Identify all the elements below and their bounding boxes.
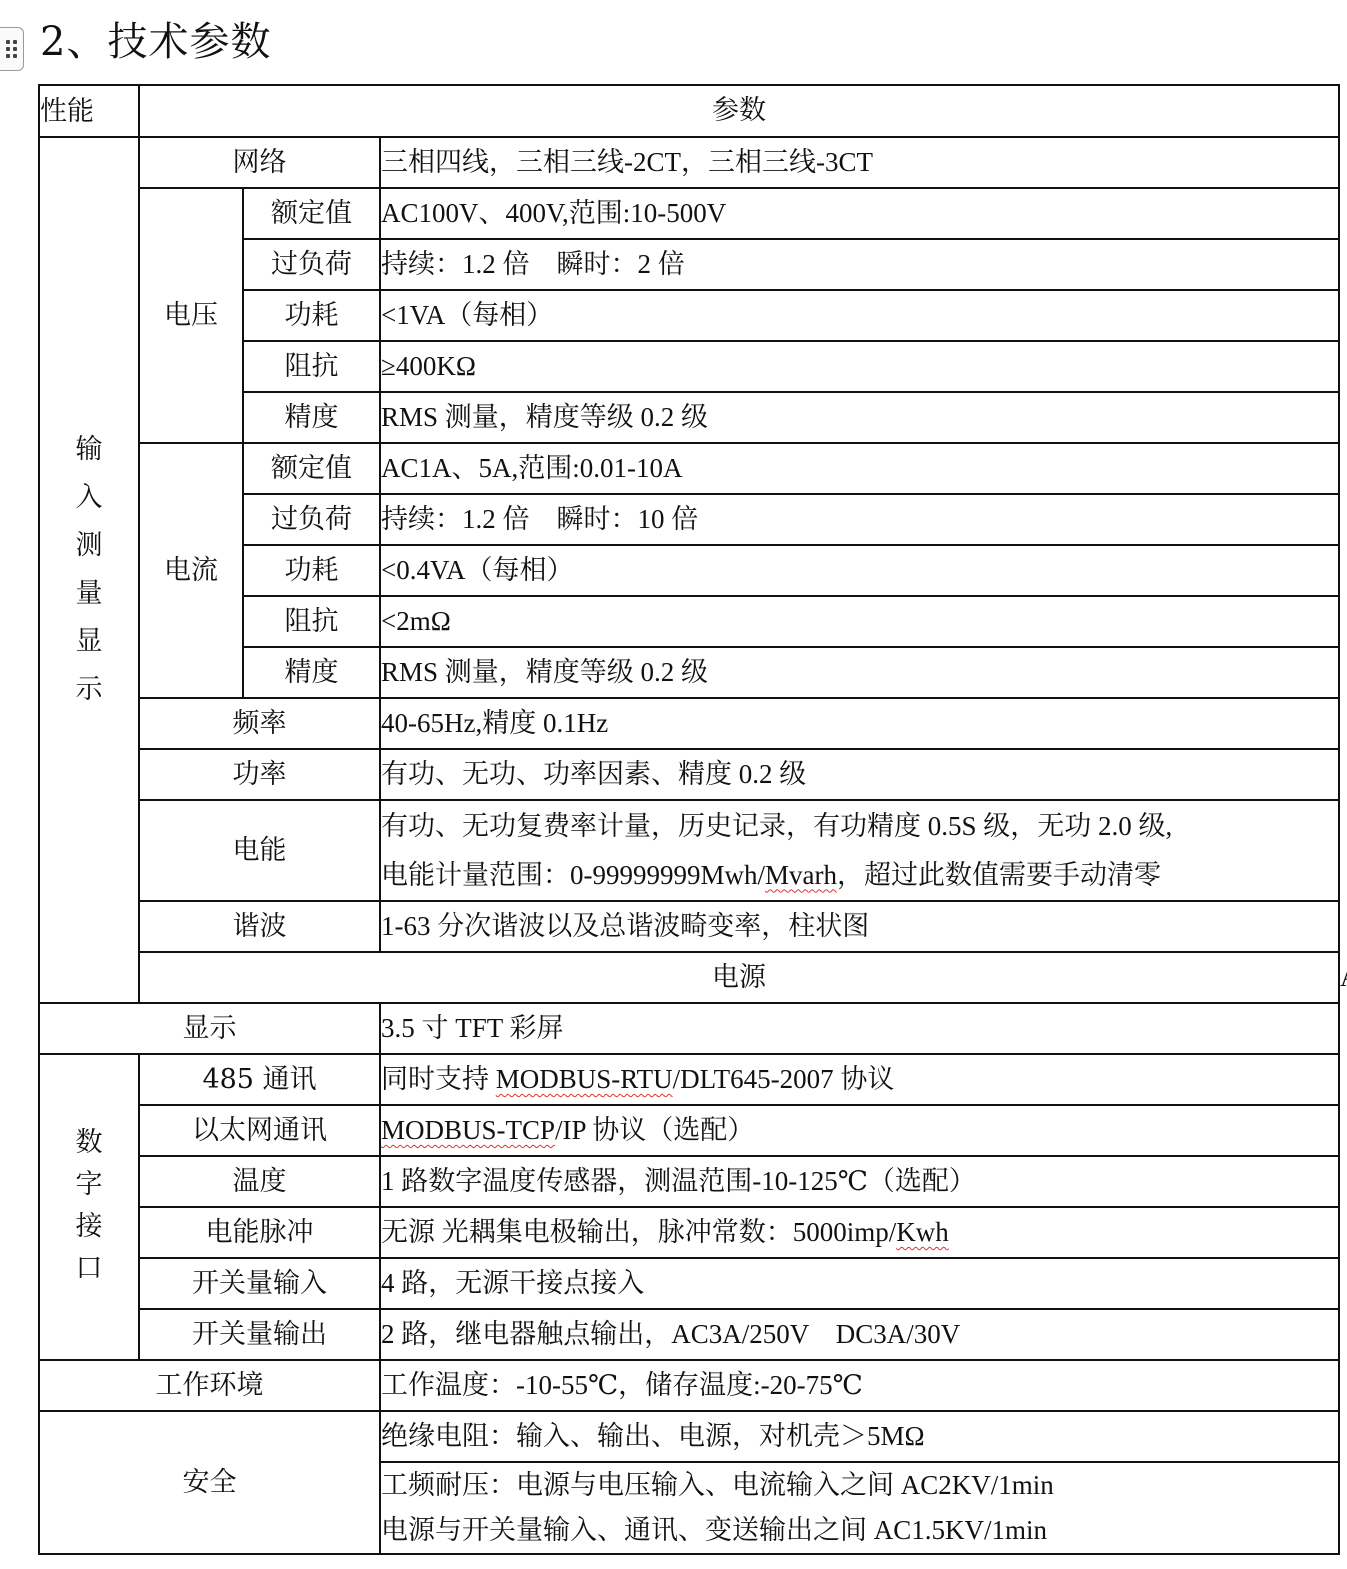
value-temperature: 1 路数字温度传感器，测温范围-10-125℃（选配） [380,1156,1339,1207]
group-input-measurement: 输入测量显示 [39,137,139,1003]
table-row: 电能脉冲 无源 光耦集电极输出，脉冲常数：5000imp/Kwh [39,1207,1339,1258]
value-display: 3.5 寸 TFT 彩屏 [380,1003,1339,1054]
table-row: 数字接口 485 通讯 同时支持 MODBUS-RTU/DLT645-2007 … [39,1054,1339,1105]
value-power: 有功、无功、功率因素、精度 0.2 级 [380,749,1339,800]
label-supply: 电源 [139,952,1339,1003]
value-current-rated: AC1A、5A,范围:0.01-10A [380,443,1339,494]
table-row: 电源 AC/DC 85-265V，功耗≤5VA [39,952,1339,1003]
value-ethernet: MODBUS-TCP/IP 协议（选配） [380,1105,1339,1156]
group-voltage: 电压 [139,188,243,443]
value-voltage-overload: 持续：1.2 倍 瞬时：2 倍 [380,239,1339,290]
table-row: 电流 额定值 AC1A、5A,范围:0.01-10A [39,443,1339,494]
value-rs485: 同时支持 MODBUS-RTU/DLT645-2007 协议 [380,1054,1339,1105]
label-ethernet: 以太网通讯 [139,1105,380,1156]
group-current: 电流 [139,443,243,698]
label-frequency: 频率 [139,698,380,749]
value-energy: 有功、无功复费率计量，历史记录，有功精度 0.5S 级，无功 2.0 级, 电能… [380,800,1339,901]
label-safety: 安全 [39,1411,380,1554]
label-power: 功率 [139,749,380,800]
energy-line-2: 电能计量范围：0-99999999Mwh/Mvarh，超过此数值需要手动清零 [381,851,1338,900]
table-row: 开关量输出 2 路，继电器触点输出，AC3A/250V DC3A/30V [39,1309,1339,1360]
value-harmonic: 1-63 分次谐波以及总谐波畸变率，柱状图 [380,901,1339,952]
value-environment: 工作温度：-10-55℃，储存温度:-20-75℃ [380,1360,1339,1411]
drag-dots-icon [6,40,17,58]
label-current-rated: 额定值 [243,443,380,494]
label-voltage-overload: 过负荷 [243,239,380,290]
value-current-impedance: <2mΩ [380,596,1339,647]
value-voltage-impedance: ≥400KΩ [380,341,1339,392]
header-performance: 性能 [39,85,139,137]
table-row: 输入测量显示 网络 三相四线，三相三线-2CT，三相三线-3CT [39,137,1339,188]
table-row: 温度 1 路数字温度传感器，测温范围-10-125℃（选配） [39,1156,1339,1207]
withstand-line-1: 工频耐压：电源与电压输入、电流输入之间 AC2KV/1min [381,1463,1338,1508]
label-digital-input: 开关量输入 [139,1258,380,1309]
label-voltage-power: 功耗 [243,290,380,341]
value-frequency: 40-65Hz,精度 0.1Hz [380,698,1339,749]
table-row: 电压 额定值 AC100V、400V,范围:10-500V [39,188,1339,239]
spellcheck-mark: MODBUS-RTU [496,1064,673,1094]
label-environment: 工作环境 [39,1360,380,1411]
value-voltage-rated: AC100V、400V,范围:10-500V [380,188,1339,239]
spec-table: 性能 参数 输入测量显示 网络 三相四线，三相三线-2CT，三相三线-3CT 电… [38,84,1340,1555]
value-voltage-accuracy: RMS 测量，精度等级 0.2 级 [380,392,1339,443]
value-safety-withstand: 工频耐压：电源与电压输入、电流输入之间 AC2KV/1min 电源与开关量输入、… [380,1462,1339,1554]
header-parameters: 参数 [139,85,1339,137]
group-digital-interface: 数字接口 [39,1054,139,1360]
spellcheck-mark: Kwh [896,1217,949,1247]
value-pulse: 无源 光耦集电极输出，脉冲常数：5000imp/Kwh [380,1207,1339,1258]
table-row: 功率 有功、无功、功率因素、精度 0.2 级 [39,749,1339,800]
label-current-power: 功耗 [243,545,380,596]
value-digital-input: 4 路，无源干接点接入 [380,1258,1339,1309]
label-voltage-impedance: 阻抗 [243,341,380,392]
value-current-overload: 持续：1.2 倍 瞬时：10 倍 [380,494,1339,545]
table-row: 安全 绝缘电阻：输入、输出、电源，对机壳＞5MΩ [39,1411,1339,1462]
label-voltage-rated: 额定值 [243,188,380,239]
label-rs485: 485 通讯 [139,1054,380,1105]
label-current-impedance: 阻抗 [243,596,380,647]
spellcheck-mark: Mvarh [765,860,837,890]
table-row: 工作环境 工作温度：-10-55℃，储存温度:-20-75℃ [39,1360,1339,1411]
withstand-line-2: 电源与开关量输入、通讯、变送输出之间 AC1.5KV/1min [381,1508,1338,1553]
label-temperature: 温度 [139,1156,380,1207]
spellcheck-mark: MODBUS-TCP [381,1115,555,1145]
value-network: 三相四线，三相三线-2CT，三相三线-3CT [380,137,1339,188]
table-header-row: 性能 参数 [39,85,1339,137]
value-current-power: <0.4VA（每相） [380,545,1339,596]
energy-line-1: 有功、无功复费率计量，历史记录，有功精度 0.5S 级，无功 2.0 级, [381,802,1338,851]
label-current-overload: 过负荷 [243,494,380,545]
table-row: 电能 有功、无功复费率计量，历史记录，有功精度 0.5S 级，无功 2.0 级,… [39,800,1339,901]
table-row: 以太网通讯 MODBUS-TCP/IP 协议（选配） [39,1105,1339,1156]
block-drag-handle[interactable] [0,27,24,71]
label-voltage-accuracy: 精度 [243,392,380,443]
table-row: 开关量输入 4 路，无源干接点接入 [39,1258,1339,1309]
label-current-accuracy: 精度 [243,647,380,698]
value-current-accuracy: RMS 测量，精度等级 0.2 级 [380,647,1339,698]
label-digital-output: 开关量输出 [139,1309,380,1360]
label-energy: 电能 [139,800,380,901]
table-row: 显示 3.5 寸 TFT 彩屏 [39,1003,1339,1054]
section-heading: 2、技术参数 [40,14,271,70]
table-row: 频率 40-65Hz,精度 0.1Hz [39,698,1339,749]
value-safety-insulation: 绝缘电阻：输入、输出、电源，对机壳＞5MΩ [380,1411,1339,1462]
value-digital-output: 2 路，继电器触点输出，AC3A/250V DC3A/30V [380,1309,1339,1360]
label-pulse: 电能脉冲 [139,1207,380,1258]
label-harmonic: 谐波 [139,901,380,952]
table-row: 谐波 1-63 分次谐波以及总谐波畸变率，柱状图 [39,901,1339,952]
label-display: 显示 [39,1003,380,1054]
label-network: 网络 [139,137,380,188]
value-voltage-power: <1VA（每相） [380,290,1339,341]
